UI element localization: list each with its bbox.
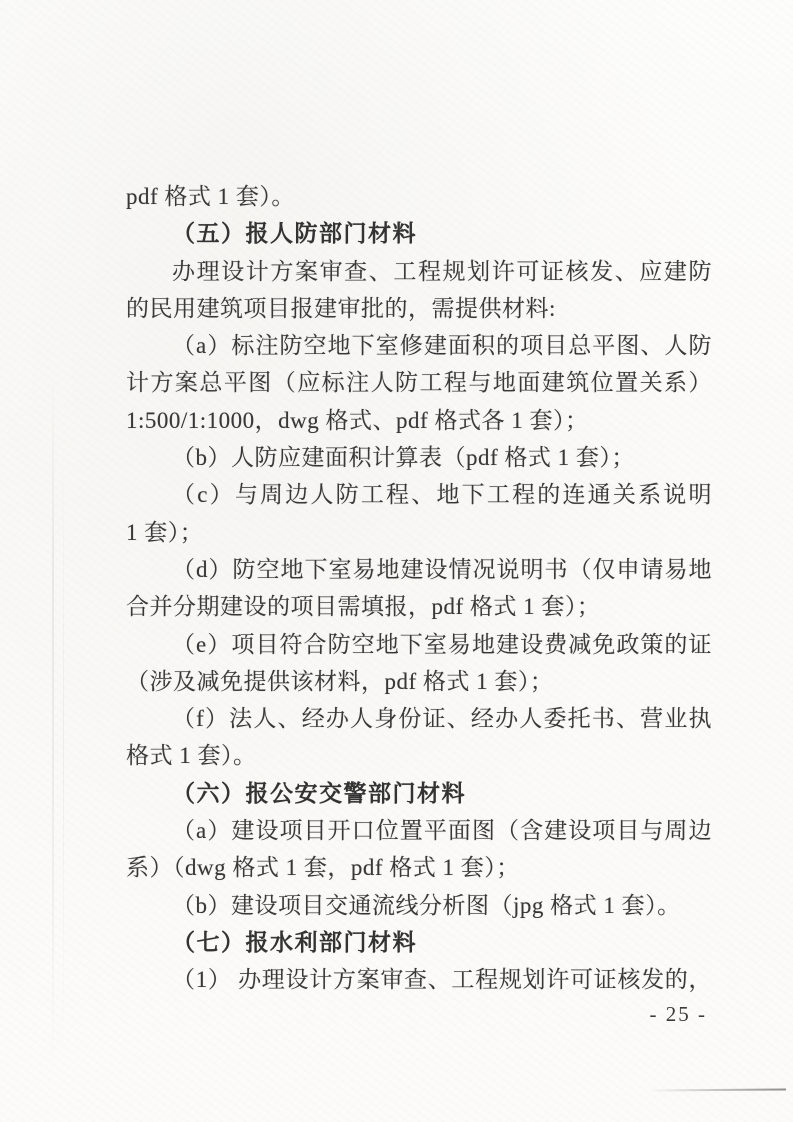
text-line: （e）项目符合防空地下室易地建设费减免政策的证明资料: [126, 626, 712, 663]
section-heading: （六）报公安交警部门材料: [126, 775, 712, 812]
text-line: （a）标注防空地下室修建面积的项目总平图、人防工程设: [126, 327, 712, 364]
text-line: 计方案总平图（应标注人防工程与地面建筑位置关系）（比例尺: [126, 364, 712, 401]
text-line: （c）与周边人防工程、地下工程的连通关系说明（pdf 格式: [126, 476, 712, 513]
document-body: pdf 格式 1 套）。（五）报人防部门材料办理设计方案审查、工程规划许可证核发…: [126, 178, 712, 999]
text-line: 格式 1 套）。: [126, 737, 712, 774]
text-line: （b）人防应建面积计算表（pdf 格式 1 套）；: [126, 439, 712, 476]
text-line: 1 套）；: [126, 514, 712, 551]
text-line: （涉及减免提供该材料，pdf 格式 1 套）；: [126, 663, 712, 700]
page-number: - 25 -: [650, 1002, 708, 1027]
scan-streak-left-2: [63, 430, 64, 1050]
text-line: （1） 办理设计方案审查、工程规划许可证核发的，需提: [126, 961, 712, 998]
text-line: 1:500/1:1000，dwg 格式、pdf 格式各 1 套）；: [126, 402, 712, 439]
text-line: 合并分期建设的项目需填报，pdf 格式 1 套）；: [126, 588, 712, 625]
scan-streak-left: [52, 370, 54, 1070]
scan-artifact-line: [648, 1089, 786, 1092]
text-line: （b）建设项目交通流线分析图（jpg 格式 1 套）。: [126, 887, 712, 924]
text-line: （a）建设项目开口位置平面图（含建设项目与周边路网关: [126, 812, 712, 849]
text-line: （d）防空地下室易地建设情况说明书（仅申请易地建设或: [126, 551, 712, 588]
document-page: pdf 格式 1 套）。（五）报人防部门材料办理设计方案审查、工程规划许可证核发…: [0, 0, 793, 1122]
text-line: （f）法人、经办人身份证、经办人委托书、营业执照（pdf: [126, 700, 712, 737]
text-line: 办理设计方案审查、工程规划许可证核发、应建防空地下室: [126, 253, 712, 290]
section-heading: （七）报水利部门材料: [126, 924, 712, 961]
text-line: 的民用建筑项目报建审批的，需提供材料:: [126, 290, 712, 327]
section-heading: （五）报人防部门材料: [126, 215, 712, 252]
text-line: pdf 格式 1 套）。: [126, 178, 712, 215]
text-line: 系）（dwg 格式 1 套，pdf 格式 1 套）；: [126, 849, 712, 886]
